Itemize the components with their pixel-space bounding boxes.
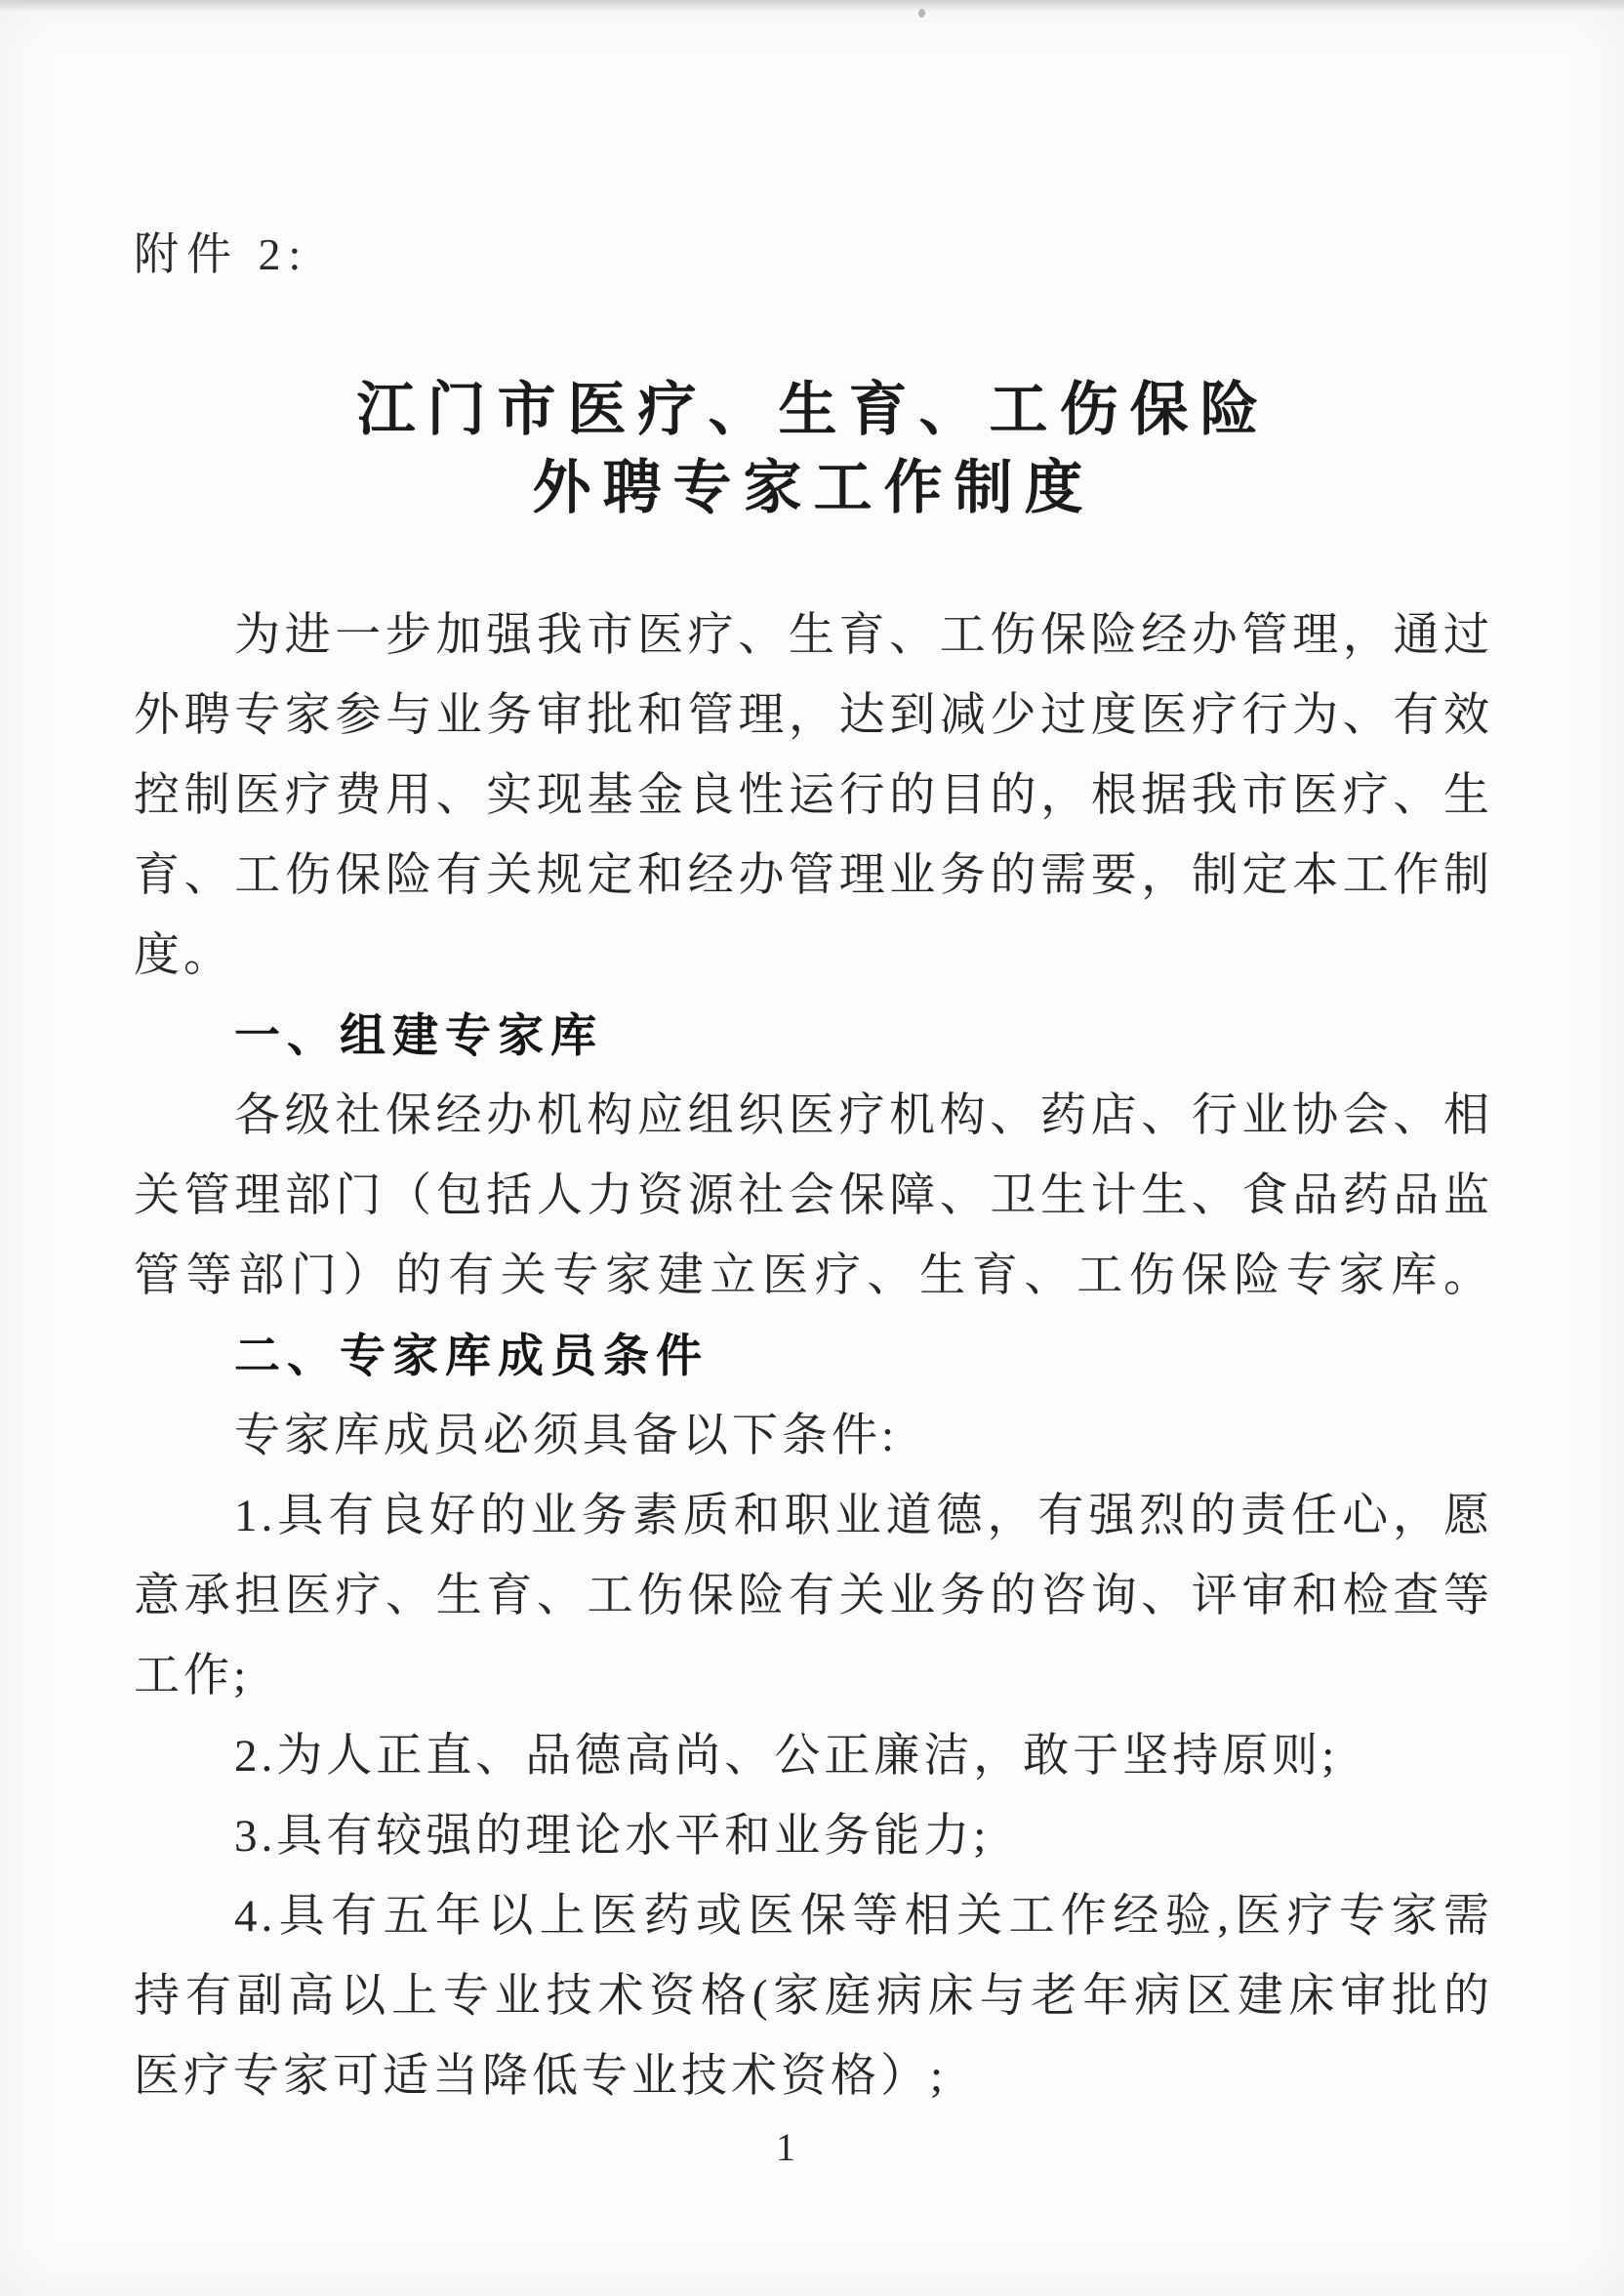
document-line: 度。 xyxy=(134,916,1493,996)
document-line: 专家库成员必须具备以下条件: xyxy=(134,1396,1493,1476)
document-line: 工作; xyxy=(134,1636,1493,1716)
document-line: 2.为人正直、品德高尚、公正廉洁，敢于坚持原则; xyxy=(134,1716,1493,1796)
document-line: 意承担医疗、生育、工伤保险有关业务的咨询、评审和检查等 xyxy=(134,1556,1493,1636)
document-title-line-1: 江门市医疗、生育、工伤保险 xyxy=(134,371,1493,449)
scan-speck xyxy=(918,9,925,18)
document-line: 育、工伤保险有关规定和经办管理业务的需要，制定本工作制 xyxy=(134,836,1493,916)
scanned-document-page: 附件 2: 江门市医疗、生育、工伤保险 外聘专家工作制度 为进一步加强我市医疗、… xyxy=(0,0,1624,2296)
document-title-line-2: 外聘专家工作制度 xyxy=(134,449,1493,527)
document-line: 外聘专家参与业务审批和管理，达到减少过度医疗行为、有效 xyxy=(134,676,1493,756)
document-line: 管等部门）的有关专家建立医疗、生育、工伤保险专家库。 xyxy=(134,1236,1493,1316)
document-body: 为进一步加强我市医疗、生育、工伤保险经办管理，通过外聘专家参与业务审批和管理，达… xyxy=(134,595,1493,2116)
section-heading: 一、组建专家库 xyxy=(134,996,1493,1076)
document-line: 关管理部门（包括人力资源社会保障、卫生计生、食品药品监 xyxy=(134,1156,1493,1236)
document-line: 医疗专家可适当降低专业技术资格）; xyxy=(134,2036,1493,2116)
section-heading: 二、专家库成员条件 xyxy=(134,1316,1493,1396)
document-title: 江门市医疗、生育、工伤保险 外聘专家工作制度 xyxy=(134,371,1493,527)
document-line: 控制医疗费用、实现基金良性运行的目的，根据我市医疗、生 xyxy=(134,756,1493,836)
document-line: 1.具有良好的业务素质和职业道德，有强烈的责任心，愿 xyxy=(134,1476,1493,1556)
attachment-label: 附件 2: xyxy=(134,219,308,283)
page-number: 1 xyxy=(0,2124,1571,2170)
document-line: 3.具有较强的理论水平和业务能力; xyxy=(134,1796,1493,1876)
document-line: 各级社保经办机构应组织医疗机构、药店、行业协会、相 xyxy=(134,1076,1493,1156)
document-line: 为进一步加强我市医疗、生育、工伤保险经办管理，通过 xyxy=(134,595,1493,676)
document-line: 4.具有五年以上医药或医保等相关工作经验,医疗专家需 xyxy=(134,1876,1493,1956)
document-line: 持有副高以上专业技术资格(家庭病床与老年病区建床审批的 xyxy=(134,1956,1493,2036)
